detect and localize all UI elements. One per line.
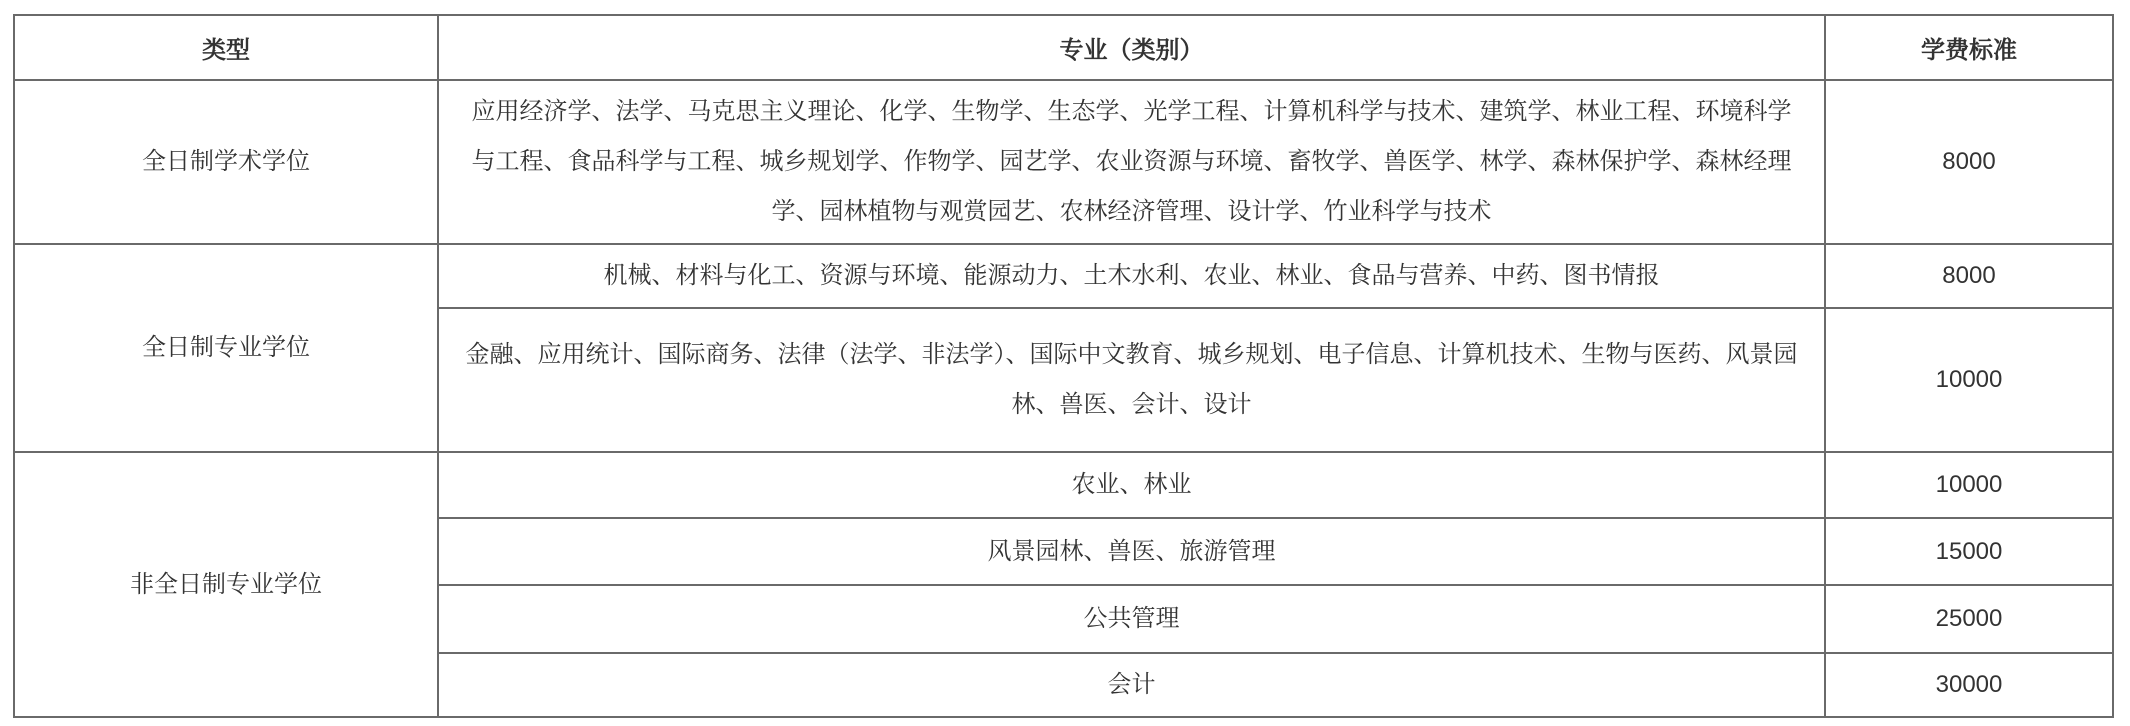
fee-cell: 30000 — [1825, 653, 2113, 717]
fee-cell: 25000 — [1825, 585, 2113, 653]
majors-cell: 应用经济学、法学、马克思主义理论、化学、生物学、生态学、光学工程、计算机科学与技… — [438, 80, 1825, 244]
majors-cell: 公共管理 — [438, 585, 1825, 653]
fee-cell: 10000 — [1825, 308, 2113, 452]
type-cell-fulltime-professional: 全日制专业学位 — [14, 244, 438, 452]
fee-cell: 10000 — [1825, 452, 2113, 518]
table-header-row: 类型 专业（类别） 学费标准 — [14, 15, 2113, 80]
type-cell-parttime-professional: 非全日制专业学位 — [14, 452, 438, 717]
header-major: 专业（类别） — [438, 15, 1825, 80]
tuition-fee-table: 类型 专业（类别） 学费标准 全日制学术学位 应用经济学、法学、马克思主义理论、… — [13, 14, 2114, 718]
fee-cell: 8000 — [1825, 244, 2113, 308]
fee-cell: 15000 — [1825, 518, 2113, 585]
majors-cell: 会计 — [438, 653, 1825, 717]
table-row: 全日制学术学位 应用经济学、法学、马克思主义理论、化学、生物学、生态学、光学工程… — [14, 80, 2113, 244]
tuition-fee-page: 类型 专业（类别） 学费标准 全日制学术学位 应用经济学、法学、马克思主义理论、… — [0, 0, 2130, 726]
fee-cell: 8000 — [1825, 80, 2113, 244]
majors-cell: 金融、应用统计、国际商务、法律（法学、非法学）、国际中文教育、城乡规划、电子信息… — [438, 308, 1825, 452]
majors-cell: 风景园林、兽医、旅游管理 — [438, 518, 1825, 585]
majors-cell: 农业、林业 — [438, 452, 1825, 518]
header-type: 类型 — [14, 15, 438, 80]
table-row: 非全日制专业学位 农业、林业 10000 — [14, 452, 2113, 518]
type-cell-fulltime-academic: 全日制学术学位 — [14, 80, 438, 244]
table-row: 全日制专业学位 机械、材料与化工、资源与环境、能源动力、土木水利、农业、林业、食… — [14, 244, 2113, 308]
header-fee: 学费标准 — [1825, 15, 2113, 80]
majors-cell: 机械、材料与化工、资源与环境、能源动力、土木水利、农业、林业、食品与营养、中药、… — [438, 244, 1825, 308]
